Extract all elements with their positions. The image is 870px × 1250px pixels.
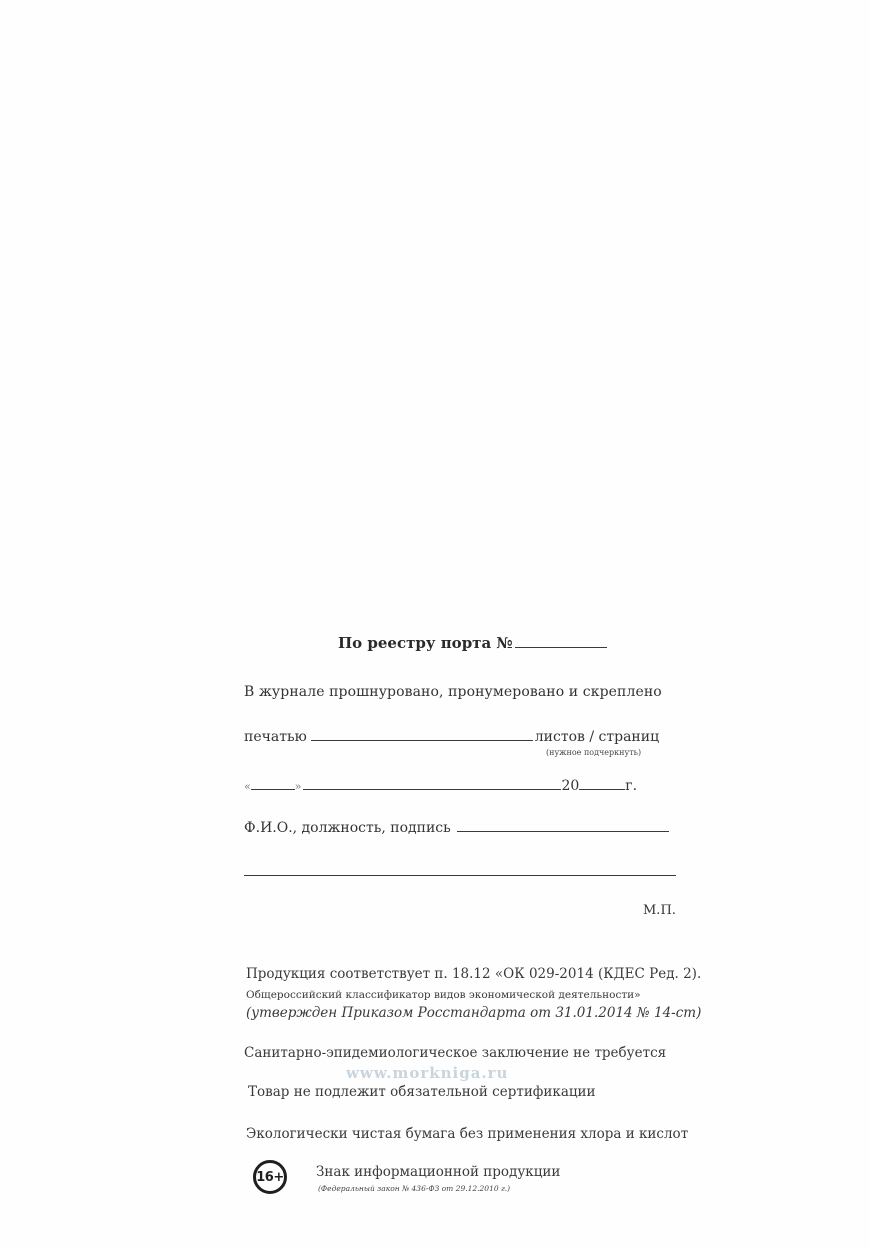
document-page: По реестру порта № В журнале прошнурован… <box>0 0 870 1250</box>
registry-number-field: По реестру порта № <box>338 634 607 652</box>
signature-blank[interactable] <box>457 830 669 832</box>
seal-sheets-field: печатьюлистов / страниц <box>244 729 659 745</box>
sanitary-note: Санитарно-эпидемиологическое заключение … <box>244 1045 666 1061</box>
bound-statement: В журнале прошнуровано, пронумеровано и … <box>244 684 662 700</box>
signature-continuation-blank[interactable] <box>244 875 676 876</box>
year-suffix: г. <box>625 778 637 794</box>
stamp-place-label: М.П. <box>643 903 676 918</box>
info-product-law-reference: (Федеральный закон № 436-ФЗ от 29.12.201… <box>318 1184 510 1193</box>
compliance-line-2: Общероссийский классификатор видов эконо… <box>246 989 641 1001</box>
eco-paper-note: Экологически чистая бумага без применени… <box>246 1126 688 1142</box>
date-close-quote: » <box>295 780 302 793</box>
compliance-line-1: Продукция соответствует п. 18.12 «ОК 029… <box>246 966 701 982</box>
sheets-hint: (нужное подчеркнуть) <box>546 748 641 757</box>
signature-field: Ф.И.О., должность, подпись <box>244 820 669 836</box>
age-rating-text: 16+ <box>256 1170 283 1185</box>
seal-label: печатью <box>244 729 307 745</box>
date-open-quote: « <box>244 780 251 793</box>
watermark: www.morkniga.ru <box>346 1064 508 1082</box>
compliance-line-3: (утвержден Приказом Росстандарта от 31.0… <box>246 1005 701 1021</box>
day-blank[interactable] <box>251 788 295 790</box>
year-prefix: 20 <box>561 778 579 794</box>
signature-label: Ф.И.О., должность, подпись <box>244 820 451 836</box>
date-field: «»20г. <box>244 778 637 794</box>
sheets-count-blank[interactable] <box>311 739 533 741</box>
info-product-sign-title: Знак информационной продукции <box>316 1164 560 1180</box>
sheets-label: листов / страниц <box>535 729 659 745</box>
year-blank[interactable] <box>579 788 625 790</box>
registry-number-blank[interactable] <box>515 646 607 648</box>
month-blank[interactable] <box>303 788 561 790</box>
registry-label: По реестру порта № <box>338 634 513 652</box>
age-rating-16-plus-icon: 16+ <box>253 1160 287 1194</box>
certification-note: Товар не подлежит обязательной сертифика… <box>248 1084 596 1100</box>
